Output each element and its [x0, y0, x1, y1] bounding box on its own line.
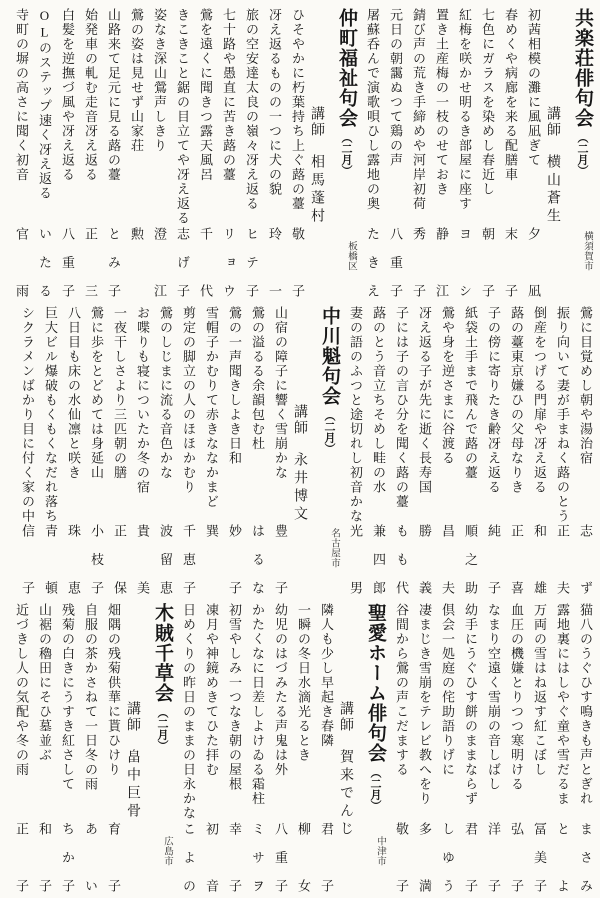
poem-column: 置き土産梅の一枝のせておき静江: [428, 8, 451, 297]
lecturer-line: 講師畠中巨骨: [125, 701, 143, 821]
poem-text: 畑隅の残菊供華に貰ひけり: [103, 603, 120, 777]
section-title: 仲町福祉句会: [336, 8, 357, 128]
poem-column: 隣人も少し早起き春隣君子: [313, 603, 336, 892]
lecturer-name: 横山蒼生: [547, 154, 561, 226]
poem-text: 鶯に目覚めし朝や湯治宿: [575, 306, 592, 466]
section-title-group: 中川魁句会（二月）: [315, 306, 339, 454]
poem-author: 正子: [11, 822, 28, 892]
section-title: 聖愛ホーム俳句会: [365, 603, 386, 763]
section-lecturer-column: 講師賀来でんじ: [336, 603, 358, 892]
poem-text: 山路来て足元に見る蕗の薹: [103, 8, 120, 182]
poem-column: 倒産をつげる門扉や冴え返る和雄: [526, 306, 549, 595]
text-band: 共楽荘俳句会（二月）横須賀市講師横山蒼生初茜相模の灘に風凪ぎて夕凪春めくや病廊を…: [5, 8, 595, 297]
section-month: （二月）: [576, 132, 588, 176]
poem-author: 末子: [500, 227, 517, 297]
poem-column: 凍月や神鏡めきてひた拝む初音: [198, 603, 221, 892]
poem-column: シクラメンばかり目に付く家の中信子: [14, 306, 37, 595]
poem-column: 鶯の姿は見せず山家荘勲: [123, 8, 146, 297]
poem-text: 紅梅を咲かせ明るき部屋に座す: [454, 8, 471, 211]
poem-author: 小枝子: [86, 524, 103, 594]
lecturer-label: 講師: [293, 404, 309, 436]
poem-column: 猫八のうぐひす鳴きも声とぎれまさみ: [572, 603, 595, 892]
poem-column: OLのステップ速く冴え返るいたる: [31, 8, 54, 297]
poem-column: 近づきし人の気配や冬の雨正子: [8, 603, 31, 892]
poem-text: 春めくや病廊を来る配膳車: [500, 8, 517, 182]
poem-column: 錆び声の荒き手締めや河岸初荷秀子: [405, 8, 428, 297]
poem-text: 自服の茶かさねて一日冬の雨: [80, 603, 97, 792]
poem-column: 八日目も床の水仙凛と咲き珠恵: [60, 306, 83, 595]
section-month: （二月）: [323, 410, 335, 454]
poem-column: 寺町の塀の高さに聞く初音官雨: [8, 8, 31, 297]
poem-author: とよ: [552, 822, 569, 892]
poem-text: 蕗のとう音立ちそめし畦の水: [368, 306, 385, 495]
poem-author: 順之助: [460, 524, 477, 594]
poem-author: 昌夫: [437, 524, 454, 594]
section-header-column: 共楽荘俳句会（二月）横須賀市: [565, 8, 595, 297]
poem-author: 洋子: [483, 822, 500, 892]
lecturer-line: 講師相馬蓬村: [309, 106, 327, 226]
poem-column: 露地裏にはしやぐ童や雪だるまとよ: [549, 603, 572, 892]
poem-author: たきえ: [362, 227, 379, 297]
poem-author: 珠恵: [63, 524, 80, 594]
lecturer-name: 畠中巨骨: [127, 749, 141, 821]
poem-text: 剪定の脚立の人のほほかむり: [178, 306, 195, 495]
poem-text: なまり空遠く雪崩の音しばし: [483, 603, 500, 792]
haiku-column-page: 共楽荘俳句会（二月）横須賀市講師横山蒼生初茜相模の灘に風凪ぎて夕凪春めくや病廊を…: [0, 0, 600, 898]
poem-text: 七色にガラスを染めし春近し: [477, 8, 494, 197]
poem-author: 勝義: [414, 524, 431, 594]
poem-text: 旅の空安達太良の嶺々冴え返る: [241, 8, 258, 211]
poem-column: 鶯に目覚めし朝や湯治宿志ず: [572, 306, 595, 595]
poem-text: 山宿の障子に響く雪崩かな: [270, 306, 287, 480]
section-title-group: 共楽荘俳句会（二月）: [568, 8, 592, 176]
poem-text: 万両の雪はね返す紅こぼし: [529, 603, 546, 777]
poem-text: 八日目も床の水仙凛と咲き: [63, 306, 80, 480]
poem-author: 正三: [80, 227, 97, 297]
poem-column: 冴え返るものの一つに犬の貌玲一: [261, 8, 284, 297]
poem-author: 正保: [109, 524, 126, 594]
poem-text: 鶯の姿は見せず山家荘: [126, 8, 143, 153]
poem-author: 信子: [17, 524, 34, 594]
poem-author: こよの: [178, 822, 195, 892]
poem-text: 置き土産梅の一枝のせておき: [431, 8, 448, 197]
poem-author: 君子: [460, 822, 477, 892]
poem-text: 寺町の塀の高さに聞く初音: [11, 8, 28, 182]
poem-text: 幼手にうぐひす餅のままならず: [460, 603, 477, 806]
poem-author: 勲: [126, 227, 143, 297]
poem-author: 和雄: [529, 524, 546, 594]
poem-text: OLのステップ速く冴え返る: [34, 8, 51, 201]
poem-author: 君子: [316, 822, 333, 892]
poem-text: 鶯を遠くに聞きつ露天風呂: [195, 8, 212, 182]
poem-column: 残菊の白きにうすき紅さしてちか子: [54, 603, 77, 892]
poem-column: 鶯の溢るる余韻包む杜はるな: [244, 306, 267, 595]
poem-author: 敬子: [287, 227, 304, 297]
lecturer-label: 講師: [310, 106, 326, 138]
text-band: 猫八のうぐひす鳴きも声とぎれまさみ露地裏にはしやぐ童や雪だるまとよ万両の雪はね返…: [5, 603, 595, 892]
poem-text: 倶会一処庭の侘助語りげに: [437, 603, 454, 777]
poem-author: 八重子: [57, 227, 74, 297]
poem-column: 子の傍に寄りたき齢冴え返る純子: [480, 306, 503, 595]
lecturer-label: 講師: [126, 701, 142, 733]
poem-column: 元日の朝靄ぬつて鶏の声八重子: [382, 8, 405, 297]
poem-author: 志ず: [575, 524, 592, 594]
section-city-label: 広島市: [148, 836, 172, 892]
poem-column: 初雪やしみ一つなき朝の屋根幸子: [221, 603, 244, 892]
poem-column: 鶯のしじまに流る音色かな波留恵: [152, 306, 175, 595]
poem-column: 姿なき深山鶯声しきり澄江: [146, 8, 169, 297]
poem-author: 八重子: [385, 227, 402, 297]
poem-text: 冴え返る子が先に逝く長寿国: [414, 306, 431, 495]
poem-text: 振り向いて妻が手まねく蕗のとう: [552, 306, 569, 524]
poem-text: 白髪を逆撫づ風や冴え返る: [57, 8, 74, 182]
poem-author: 幸子: [224, 822, 241, 892]
poem-text: 錆び声の荒き手締めや河岸初荷: [408, 8, 425, 211]
poem-text: 露地裏にはしやぐ童や雪だるま: [552, 603, 569, 806]
section-city-label: 横須賀市: [568, 231, 592, 297]
poem-author: 官雨: [11, 227, 28, 297]
poem-author: 朝子: [477, 227, 494, 297]
poem-column: 幼手にうぐひす餅のままならず君子: [457, 603, 480, 892]
poem-text: 山裾の穭田にそひ墓並ぶ: [34, 603, 51, 763]
section-title-group: 聖愛ホーム俳句会（二月）: [361, 603, 385, 811]
poem-author: ヒテ子: [241, 227, 258, 297]
poem-column: 山裾の穭田にそひ墓並ぶ和子: [31, 603, 54, 892]
poem-column: 子には子の言ひ分を聞く蕗の薹もも代: [388, 306, 411, 595]
poem-text: 鶯の一声聞きしよき日和: [224, 306, 241, 466]
poem-author: 千代: [195, 227, 212, 297]
poem-column: 屠蘇呑んで演歌唄ひし露地の奥たきえ: [359, 8, 382, 297]
poem-text: 猫八のうぐひす鳴きも声とぎれ: [575, 603, 592, 806]
poem-column: 血圧の機嫌とりつつ寒明ける弘子: [503, 603, 526, 892]
poem-column: 春めくや病廊を来る配膳車末子: [497, 8, 520, 297]
poem-text: きこきこと鋸の目立てや冴え返る: [172, 8, 189, 226]
section-title: 中川魁句会: [319, 306, 340, 406]
poem-author: 豊子: [270, 524, 287, 594]
poem-text: 残菊の白きにうすき紅さして: [57, 603, 74, 792]
lecturer-label: 講師: [339, 701, 355, 733]
poem-text: 雪帽子かむりて赤きななかまど: [201, 306, 218, 509]
poem-author: 和子: [34, 822, 51, 892]
poem-author: 波留恵: [155, 524, 172, 594]
poem-column: ひそやかに朽葉持ち上ぐ蕗の薹敬子: [284, 8, 307, 297]
poem-text: 一夜干しさより三匹朝の膳: [109, 306, 126, 480]
poem-author: 静江: [431, 227, 448, 297]
poem-text: 七十路や愚直に苦き蕗の薹: [218, 8, 235, 182]
poem-text: 鶯のしじまに流る音色かな: [155, 306, 172, 480]
section-lecturer-column: 講師横山蒼生: [543, 8, 565, 297]
poem-author: 八重子: [270, 822, 287, 892]
poem-text: 幼児のはづみたる声鬼は外: [270, 603, 287, 777]
poem-column: 万両の雪はね返す紅こぼし冨美子: [526, 603, 549, 892]
poem-author: 育子: [103, 822, 120, 892]
poem-text: 鶯の溢るる余韻包む杜: [247, 306, 264, 451]
poem-author: 冨美子: [529, 822, 546, 892]
poem-author: 兼四郎: [368, 524, 385, 594]
poem-text: 冴え返るものの一つに犬の貌: [264, 8, 281, 197]
poem-author: 敬子: [391, 822, 408, 892]
poem-text: かたくなに日差しよけゐる霜柱: [247, 603, 264, 806]
poem-text: シクラメンばかり目に付く家の中: [17, 306, 34, 524]
poem-author: もも代: [391, 524, 408, 594]
section-title-group: 仲町福祉句会（二月）: [332, 8, 356, 176]
poem-author: 玲一: [264, 227, 281, 297]
poem-author: 青頓: [40, 524, 57, 594]
poem-author: 柳女: [293, 822, 310, 892]
section-month: （二月）: [156, 707, 168, 751]
poem-column: 七色にガラスを染めし春近し朝子: [474, 8, 497, 297]
poem-text: 屠蘇呑んで演歌唄ひし露地の奥: [362, 8, 379, 211]
poem-column: 谷間から鶯の声こだまする敬子: [388, 603, 411, 892]
poem-author: いたる: [34, 227, 51, 297]
lecturer-line: 講師賀来でんじ: [338, 701, 356, 839]
poem-column: 鶯に歩をとどめては身延山小枝子: [83, 306, 106, 595]
poem-column: 幼児のはづみたる声鬼は外八重子: [267, 603, 290, 892]
poem-column: 初茜相模の灘に風凪ぎて夕凪: [520, 8, 543, 297]
poem-text: 日めくりの昨日のままの日永かな: [178, 603, 195, 821]
text-band: 鶯に目覚めし朝や湯治宿志ず振り向いて妻が手まねく蕗のとう正夫倒産をつげる門扉や冴…: [5, 306, 595, 595]
poem-column: 自服の茶かさねて一日冬の雨あい: [77, 603, 100, 892]
poem-author: はるな: [247, 524, 264, 594]
poem-text: 近づきし人の気配や冬の雨: [11, 603, 28, 777]
poem-author: 志げ子: [172, 227, 189, 297]
poem-author: 光男: [345, 524, 362, 594]
section-header-column: 木賊千草会（二月）広島市: [145, 603, 175, 892]
poem-column: かたくなに日差しよけゐる霜柱ミサヲ: [244, 603, 267, 892]
poem-column: 始発車の軋む走音冴え返る正三: [77, 8, 100, 297]
poem-author: 夕凪: [523, 227, 540, 297]
poem-column: 一夜干しさより三匹朝の膳正保: [106, 306, 129, 595]
section-header-column: 聖愛ホーム俳句会（二月）中津市: [358, 603, 388, 892]
poem-text: 一瞬の冬日水滴光るとき: [293, 603, 310, 763]
poem-column: 鶯を遠くに聞きつ露天風呂千代: [192, 8, 215, 297]
section-city-label: 板橋区: [332, 241, 356, 297]
poem-column: 蕗の薹東京嫌ひの父母なりき正喜: [503, 306, 526, 595]
poem-author: 秀子: [408, 227, 425, 297]
section-lecturer-column: 講師相馬蓬村: [307, 8, 329, 297]
poem-text: お喋りも寝についたか冬の宿: [132, 306, 149, 495]
poem-text: 始発車の軋む走音冴え返る: [80, 8, 97, 182]
poem-text: ひそやかに朽葉持ち上ぐ蕗の薹: [287, 8, 304, 211]
poem-column: 白髪を逆撫づ風や冴え返る八重子: [54, 8, 77, 297]
poem-column: 巨大ビル爆破もくもくなだれ落ち青頓: [37, 306, 60, 595]
poem-text: 巨大ビル爆破もくもくなだれ落ち: [40, 306, 57, 524]
poem-text: 鶯や身を逆さまに谷渡る: [437, 306, 454, 466]
poem-text: 子の傍に寄りたき齢冴え返る: [483, 306, 500, 495]
poem-column: 日めくりの昨日のままの日永かなこよの: [175, 603, 198, 892]
poem-text: 姿なき深山鶯声しきり: [149, 8, 166, 153]
poem-column: 山路来て足元に見る蕗の薹とみ子: [100, 8, 123, 297]
poem-author: しゆう: [437, 822, 454, 892]
section-month: （二月）: [369, 767, 381, 811]
poem-author: ヨシ: [454, 227, 471, 297]
poem-text: 紙袋土手まで飛んで蕗の薹: [460, 306, 477, 480]
poem-column: 鶯や身を逆さまに谷渡る昌夫: [434, 306, 457, 595]
poem-text: 鶯に歩をとどめては身延山: [86, 306, 103, 480]
poem-author: 千恵子: [178, 524, 195, 594]
poem-column: 凄まじき雪崩をテレビ教へをり多満: [411, 603, 434, 892]
lecturer-label: 講師: [546, 106, 562, 138]
poem-column: 雪帽子かむりて赤きななかまど巽: [198, 306, 221, 595]
poem-author: 初音: [201, 822, 218, 892]
poem-column: 振り向いて妻が手まねく蕗のとう正夫: [549, 306, 572, 595]
poem-author: まさみ: [575, 822, 592, 892]
poem-column: 畑隅の残菊供華に貰ひけり育子: [100, 603, 123, 892]
poem-author: 正夫: [552, 524, 569, 594]
poem-text: 凄まじき雪崩をテレビ教へをり: [414, 603, 431, 806]
lecturer-name: 相馬蓬村: [311, 154, 325, 226]
section-title-group: 木賊千草会（二月）: [148, 603, 172, 751]
poem-column: お喋りも寝についたか冬の宿貴美: [129, 306, 152, 595]
poem-author: 澄江: [149, 227, 166, 297]
poem-text: 倒産をつげる門扉や冴え返る: [529, 306, 546, 495]
poem-author: ちか子: [57, 822, 74, 892]
section-lecturer-column: 講師畠中巨骨: [123, 603, 145, 892]
poem-author: とみ子: [103, 227, 120, 297]
section-header-column: 中川魁句会（二月）名古屋市: [312, 306, 342, 595]
poem-column: 山宿の障子に響く雪崩かな豊子: [267, 306, 290, 595]
poem-text: 子には子の言ひ分を聞く蕗の薹: [391, 306, 408, 509]
poem-column: 冴え返る子が先に逝く長寿国勝義: [411, 306, 434, 595]
poem-author: 多満: [414, 822, 431, 892]
poem-column: 蕗のとう音立ちそめし畦の水兼四郎: [365, 306, 388, 595]
section-title: 木賊千草会: [152, 603, 173, 703]
poem-text: 蕗の薹東京嫌ひの父母なりき: [506, 306, 523, 495]
poem-author: 貴美: [132, 524, 149, 594]
poem-text: 初雪やしみ一つなき朝の屋根: [224, 603, 241, 792]
poem-text: 谷間から鶯の声こだまする: [391, 603, 408, 777]
poem-column: 倶会一処庭の侘助語りげにしゆう: [434, 603, 457, 892]
poem-column: 一瞬の冬日水滴光るとき柳女: [290, 603, 313, 892]
poem-column: 紅梅を咲かせ明るき部屋に座すヨシ: [451, 8, 474, 297]
poem-author: 巽: [201, 524, 218, 594]
poem-author: 正喜: [506, 524, 523, 594]
poem-column: なまり空遠く雪崩の音しばし洋子: [480, 603, 503, 892]
poem-text: 元日の朝靄ぬつて鶏の声: [385, 8, 402, 168]
section-city-label: 中津市: [361, 836, 385, 892]
poem-column: 七十路や愚直に苦き蕗の薹リョウ: [215, 8, 238, 297]
poem-text: 血圧の機嫌とりつつ寒明ける: [506, 603, 523, 792]
poem-column: 妻の語のふつと途切れし初音かな光男: [342, 306, 365, 595]
section-header-column: 仲町福祉句会（二月）板橋区: [329, 8, 359, 297]
poem-author: 弘子: [506, 822, 523, 892]
lecturer-line: 講師永井博文: [292, 404, 310, 524]
poem-author: ミサヲ: [247, 822, 264, 892]
poem-author: 妙子: [224, 524, 241, 594]
poem-column: 旅の空安達太良の嶺々冴え返るヒテ子: [238, 8, 261, 297]
poem-author: リョウ: [218, 227, 235, 297]
lecturer-name: 永井博文: [294, 452, 308, 524]
section-city-label: 名古屋市: [315, 528, 339, 594]
poem-column: 紙袋土手まで飛んで蕗の薹順之助: [457, 306, 480, 595]
poem-column: きこきこと鋸の目立てや冴え返る志げ子: [169, 8, 192, 297]
poem-text: 凍月や神鏡めきてひた拝む: [201, 603, 218, 777]
poem-author: あい: [80, 822, 97, 892]
poem-column: 剪定の脚立の人のほほかむり千恵子: [175, 306, 198, 595]
poem-column: 鶯の一声聞きしよき日和妙子: [221, 306, 244, 595]
poem-text: 隣人も少し早起き春隣: [316, 603, 333, 748]
section-lecturer-column: 講師永井博文: [290, 306, 312, 595]
section-month: （二月）: [340, 132, 352, 176]
section-title: 共楽荘俳句会: [572, 8, 593, 128]
poem-text: 初茜相模の灘に風凪ぎて: [523, 8, 540, 168]
lecturer-line: 講師横山蒼生: [545, 106, 563, 226]
lecturer-name: 賀来でんじ: [340, 749, 354, 839]
poem-text: 妻の語のふつと途切れし初音かな: [345, 306, 362, 524]
poem-author: 純子: [483, 524, 500, 594]
